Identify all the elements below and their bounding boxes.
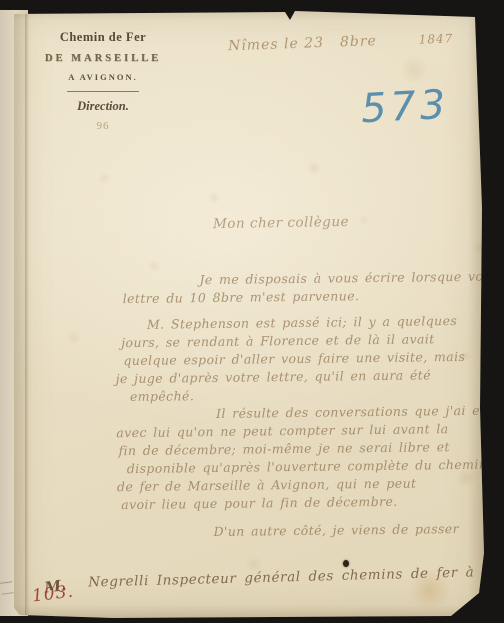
footer-annotation: M. Negrelli Inspecteur général des chemi… bbox=[44, 564, 478, 575]
footer-recipient: Negrelli Inspecteur général des chemins … bbox=[88, 563, 504, 591]
printed-letterhead: Chemin de Fer DE MARSEILLE A AVIGNON. Di… bbox=[40, 30, 166, 132]
body-line: D'un autre côté, je viens de passer bbox=[117, 520, 477, 542]
dateline-place-day: Nîmes le 23 bbox=[228, 35, 324, 54]
dateline-year: 1847 bbox=[419, 31, 454, 46]
archive-number-blue: 573 bbox=[360, 82, 451, 133]
body-line: lettre du 10 8bre m'est parvenue. bbox=[115, 286, 475, 308]
letterhead-company-line1: Chemin de Fer bbox=[40, 30, 166, 45]
margin-pencil-mark bbox=[0, 581, 14, 595]
letter-sheet: Chemin de Fer DE MARSEILLE A AVIGNON. Di… bbox=[14, 8, 484, 619]
letterhead-company-line2: DE MARSEILLE bbox=[40, 53, 166, 64]
scanned-letter-background: Chemin de Fer DE MARSEILLE A AVIGNON. Di… bbox=[0, 0, 504, 623]
body-line: avoir lieu que pour la fin de décembre. bbox=[117, 492, 477, 514]
dateline-month: 8bre bbox=[340, 33, 377, 50]
letterhead-rule bbox=[67, 91, 139, 92]
dateline: Nîmes le 23 8bre 1847 bbox=[228, 30, 474, 55]
salutation: Mon cher collègue bbox=[213, 214, 349, 232]
archive-number-red: 103. bbox=[31, 582, 75, 607]
letter-body: Je me disposais à vous écrire lorsque vo… bbox=[114, 268, 477, 542]
letterhead-company-line3: A AVIGNON. bbox=[40, 72, 166, 82]
fold-line bbox=[25, 8, 29, 619]
letterhead-department: Direction. bbox=[40, 99, 166, 114]
letterhead-printed-number: 96 bbox=[40, 120, 166, 132]
ink-blot bbox=[343, 560, 349, 567]
